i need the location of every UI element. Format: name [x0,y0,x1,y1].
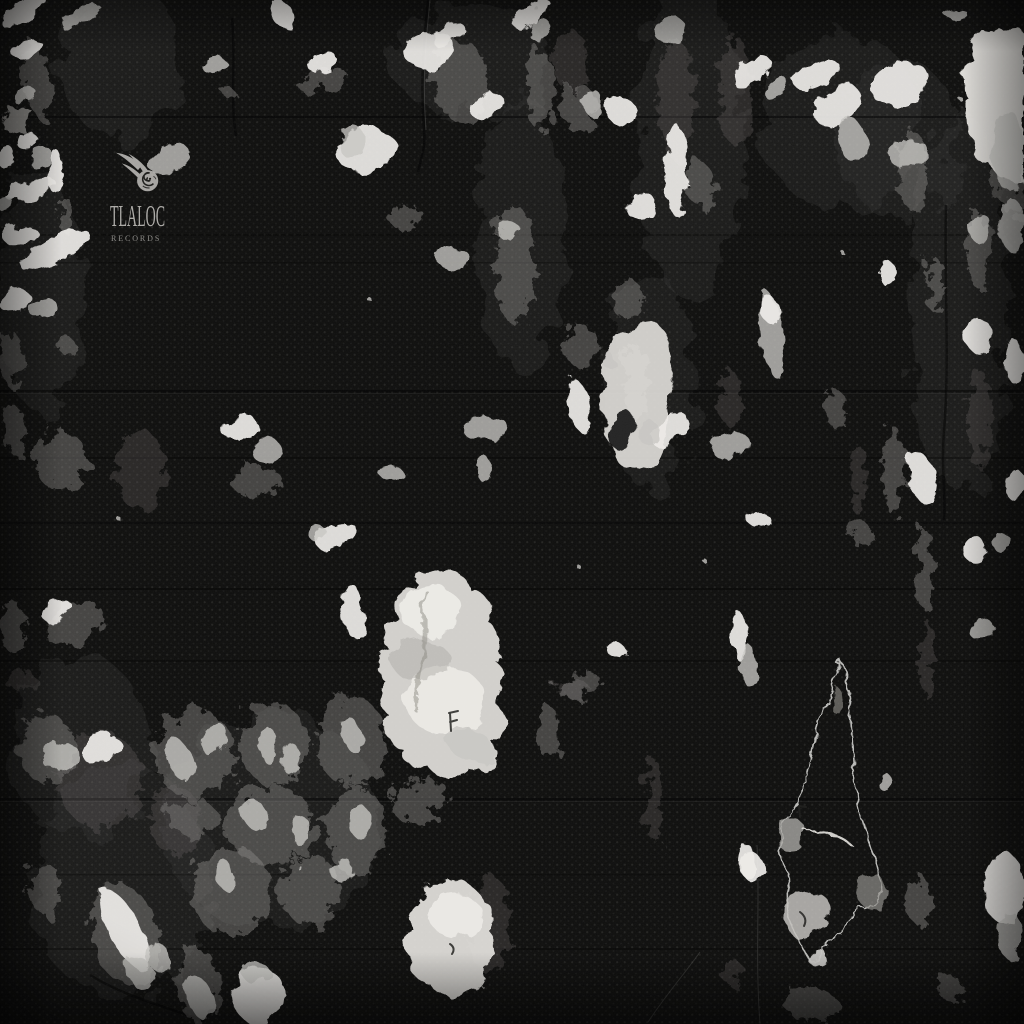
record-label-logo: TLALOC RECORDS [108,150,172,243]
comet-face-icon [114,150,164,196]
album-cover-artwork: TLALOC RECORDS [0,0,1024,1024]
label-subtitle: RECORDS [111,234,172,243]
label-name: TLALOC [110,200,138,231]
